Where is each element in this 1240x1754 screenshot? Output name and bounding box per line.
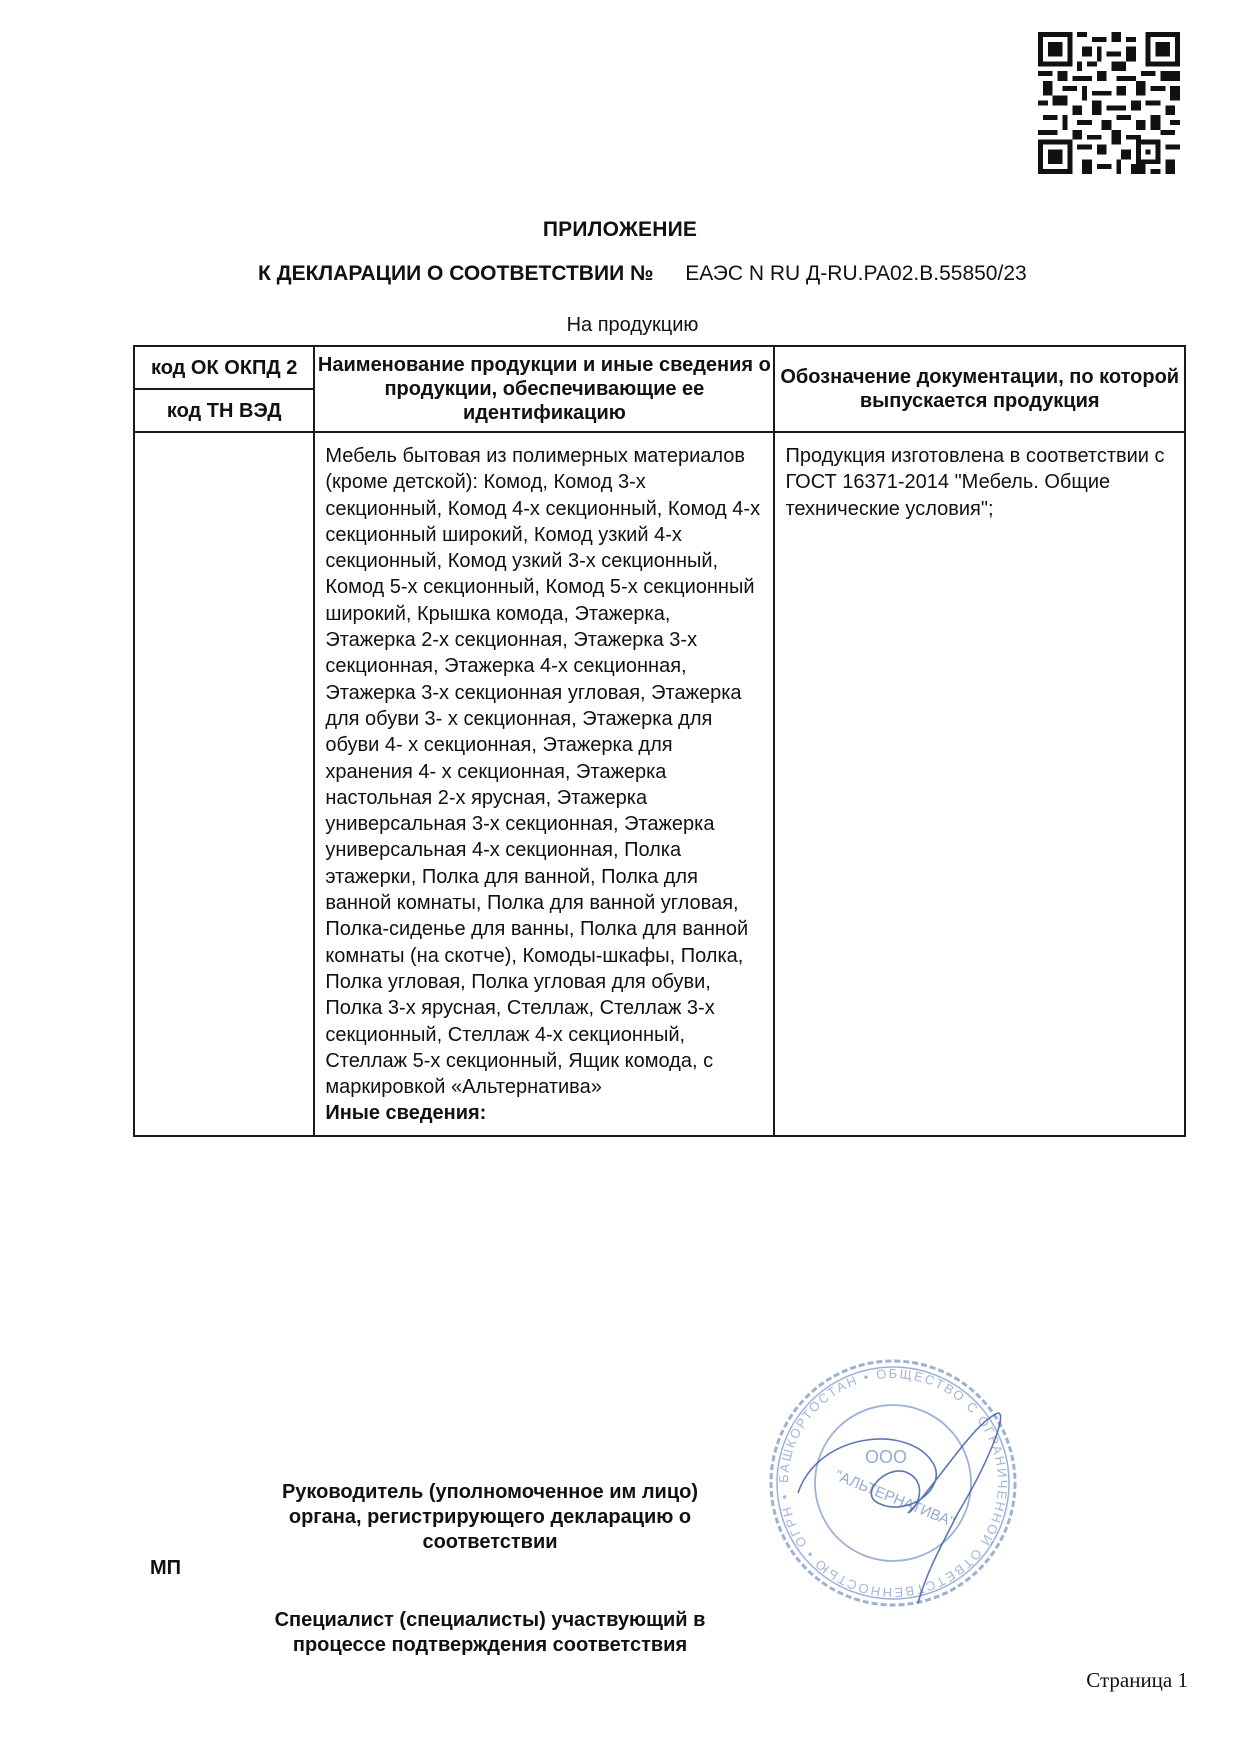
stamp-center-text: ООО: [865, 1447, 907, 1467]
specialist-signature-label: Специалист (специалисты) участвующий в п…: [0, 1608, 980, 1658]
other-info-label: Иные сведения:: [325, 1102, 486, 1124]
header-okpd-code: код ОК ОКПД 2: [134, 346, 314, 389]
page-number: Страница 1: [1086, 1668, 1188, 1693]
product-subtitle: На продукцию: [0, 314, 1240, 337]
product-description: Мебель бытовая из полимерных материалов …: [325, 443, 763, 1100]
annex-title: ПРИЛОЖЕНИЕ: [0, 218, 1240, 242]
declaration-line: К ДЕКЛАРАЦИИ О СООТВЕТСТВИИ № ЕАЭС N RU …: [258, 262, 1027, 286]
documentation-cell: Продукция изготовлена в соответствии с Г…: [774, 432, 1185, 1136]
table-row: Мебель бытовая из полимерных материалов …: [134, 432, 1185, 1136]
header-documentation: Обозначение документации, по которой вып…: [774, 346, 1185, 432]
seal-stamp-icon: БАШКОРТОСТАН • ОБЩЕСТВО С ОГРАНИЧЕННОЙ О…: [758, 1353, 1028, 1613]
product-table: код ОК ОКПД 2 Наименование продукции и и…: [133, 345, 1186, 1137]
stamp-place-label: МП: [150, 1557, 181, 1580]
declaration-number: ЕАЭС N RU Д-RU.РА02.В.55850/23: [685, 262, 1026, 285]
qr-code-icon: [1038, 32, 1180, 174]
header-product-name: Наименование продукции и иные сведения о…: [314, 346, 774, 432]
header-tnved-code: код ТН ВЭД: [134, 389, 314, 432]
codes-cell: [134, 432, 314, 1136]
product-description-cell: Мебель бытовая из полимерных материалов …: [314, 432, 774, 1136]
declaration-label: К ДЕКЛАРАЦИИ О СООТВЕТСТВИИ №: [258, 262, 653, 285]
